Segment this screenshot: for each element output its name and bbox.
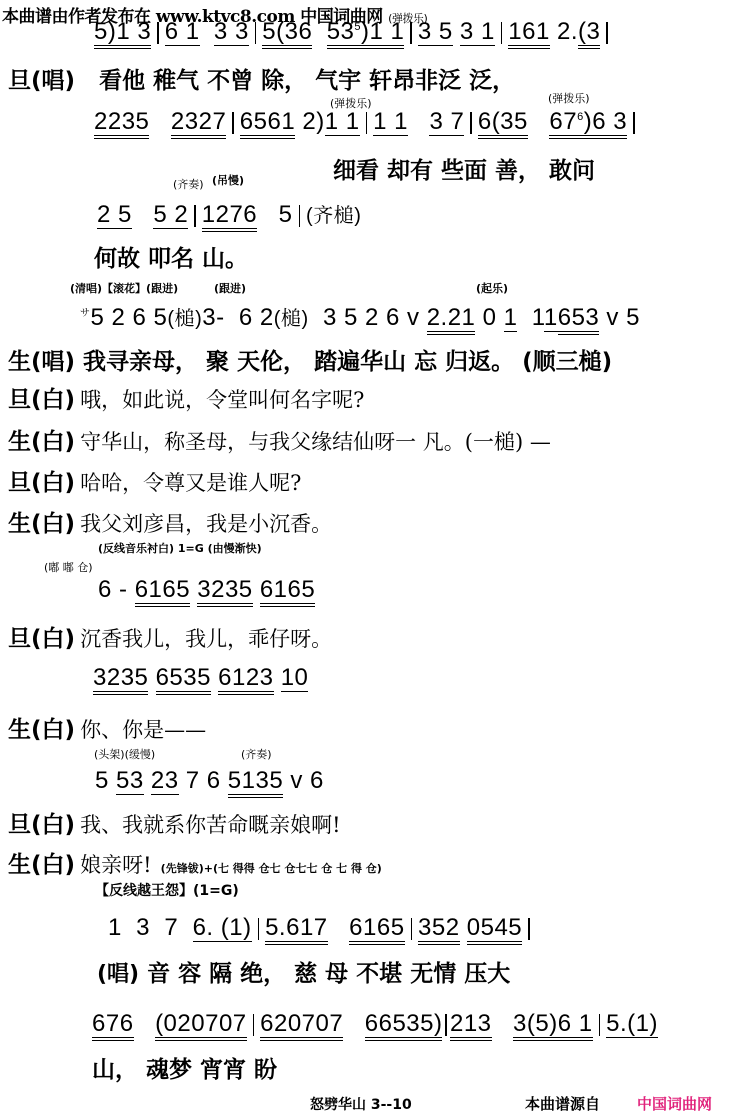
footer-source-label: 本曲谱源自 [525,1093,600,1114]
dialogue-line: 生(白) 娘亲呀! (先锋钹)+(七 得得 仓七 仓七七 仓 七 得 仓) [8,846,382,879]
role-label: 旦(唱) [8,68,75,94]
percussion-pattern: (先锋钹)+(七 得得 仓七 仓七七 仓 七 得 仓) [161,862,382,875]
lyrics-line-1: 旦(唱) 看他 稚气 不曾 除， 气宇 轩昂非泛 泛， [8,62,515,95]
notation-line-8: 1 3 7 6. (1)5.617 6165352 0545 [108,914,536,942]
lyrics-line-8: (唱) 音 容 隔 绝， 慈 母 不堪 无情 压大 [97,955,510,988]
notation-line-9: 676 (020707620707 66535)213 3(5)6 15.(1) [92,1010,658,1038]
lyrics-line-2: 细看 却有 些面 善， 敢问 [333,152,595,185]
annotation: (齐奏) [241,746,272,762]
annotation: (齐奏) [173,176,204,192]
lyrics-line-9: 山， 魂梦 宵宵 盼 [92,1051,277,1084]
notation-line-1: 5)1 36 1 3 35(36 535)1 13 5 3 1161 2.(3 [94,18,614,46]
notation-line-2: 2235 23276561 2)1 11 1 3 76(35 676)6 3 [94,108,641,136]
lyrics-line-4: 生(唱) 我寻亲母， 聚 天伦， 踏遍华山 忘 归返。 (顺三槌) [8,343,612,376]
section-heading: 【反线越王怨】(1=G) [95,880,239,900]
dialogue-line: 旦(白) 哈哈，令尊又是谁人呢? [8,464,301,497]
notation-line-6: 3235 6535 6123 10 [93,664,308,692]
annotation: (吊慢) [212,172,244,188]
dialogue-line: 旦(白) 哦，如此说，令堂叫何名字呢? [8,381,364,414]
dialogue-line: 生(白) 我父刘彦昌，我是小沉香。 [8,505,332,538]
annotation: (清唱)【滚花】(跟进) [70,280,178,296]
annotation: (嘟 嘟 仓) [44,559,93,575]
dialogue-line: 旦(白) 沉香我儿，我儿，乖仔呀。 [8,620,332,653]
notation-line-3: 2 5 5 21276 5(齐槌) [97,199,361,229]
annotation: (起乐) [476,280,508,296]
annotation: (弹拨乐) [548,90,590,106]
dialogue-line: 生(白) 守华山，称圣母，与我父缘结仙呀一 凡。(一槌) — [8,423,551,456]
annotation: (头架)(缓慢) [94,746,155,762]
annotation: (反线音乐衬白) 1=G (由慢渐快) [98,540,262,556]
notation-line-7: 5 53 23 7 6 5135 v 6 [95,767,324,795]
lyrics-line-3: 何故 叩名 山。 [94,240,248,273]
dialogue-line: 旦(白) 我、我就系你苦命嘅亲娘啊! [8,806,341,839]
footer-page-title: 怒劈华山 3--10 [310,1094,412,1114]
dialogue-line: 生(白) 你、你是—— [8,711,206,744]
role-label: 生(唱) [8,349,75,375]
annotation: (跟进) [214,280,246,296]
footer-source-link[interactable]: 中国词曲网 [637,1093,712,1114]
notation-line-4: サ5 2 6 5(槌)3- 6 2(槌) 3 5 2 6 v 2.21 0 1 … [80,302,640,332]
notation-line-5: 6 - 6165 3235 6165 [98,576,315,604]
